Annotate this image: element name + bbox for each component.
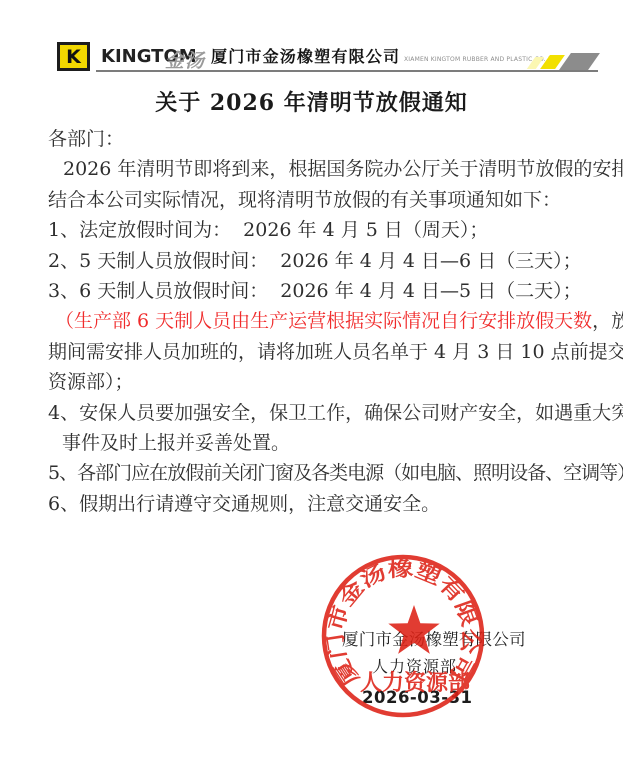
company-name-cn: 厦门市金汤橡塑有限公司 — [211, 44, 400, 67]
item-4-line-1: 4、安保人员要加强安全，保卫工作，确保公司财产安全，如遇重大突发 — [48, 398, 608, 428]
brand-name-cn: 金汤 — [165, 46, 205, 73]
item-6: 6、假期出行请遵守交通规则，注意交通安全。 — [48, 489, 608, 519]
kingtom-logo-icon: K — [57, 42, 90, 71]
stamp-department-text: 人力资源部 — [360, 670, 470, 696]
item-3: 3、6 天制人员放假时间： 2026 年 4 月 4 日—5 日（二天）； — [48, 276, 608, 306]
item-2: 2、5 天制人员放假时间： 2026 年 4 月 4 日—6 日（三天）； — [48, 246, 608, 276]
intro-line-2: 结合本公司实际情况，现将清明节放假的有关事项通知如下： — [48, 185, 608, 215]
document-page: K KINGTOM 金汤 厦门市金汤橡塑有限公司 XIAMEN KINGTOM … — [0, 0, 623, 758]
decor-stripe-gray — [559, 53, 600, 70]
note-line-1: （生产部 6 天制人员由生产运营根据实际情况自行安排放假天数，放假 — [48, 306, 608, 336]
stamp-star-icon — [388, 605, 439, 654]
item-4-line-2: 事件及时上报并妥善处置。 — [48, 428, 608, 458]
note-red-segment: （生产部 6 天制人员由生产运营根据实际情况自行安排放假天数 — [55, 310, 592, 332]
item-5: 5、各部门应在放假前关闭门窗及各类电源（如电脑、照明设备、空调等）。 — [48, 458, 608, 488]
note-line-2: 期间需安排人员加班的，请将加班人员名单于 4 月 3 日 10 点前提交人力 — [48, 337, 608, 367]
stamp-ring-text: 厦门市金汤橡塑有限公司 — [322, 556, 484, 691]
notice-body: 各部门： 2026 年清明节即将到来，根据国务院办公厅关于清明节放假的安排， 结… — [48, 124, 608, 519]
logo-letter: K — [66, 46, 81, 68]
item-1: 1、法定放假时间为： 2026 年 4 月 5 日（周天）； — [48, 215, 608, 245]
header-divider — [96, 70, 598, 72]
company-seal-stamp: 厦门市金汤橡塑有限公司 人力资源部 — [318, 552, 488, 722]
note-line-3: 资源部）； — [48, 367, 608, 397]
intro-line-1: 2026 年清明节即将到来，根据国务院办公厅关于清明节放假的安排， — [48, 154, 608, 184]
page-title: 关于 2026 年清明节放假通知 — [0, 86, 623, 117]
note-black-segment: ，放假 — [592, 310, 623, 332]
salutation: 各部门： — [48, 124, 608, 154]
